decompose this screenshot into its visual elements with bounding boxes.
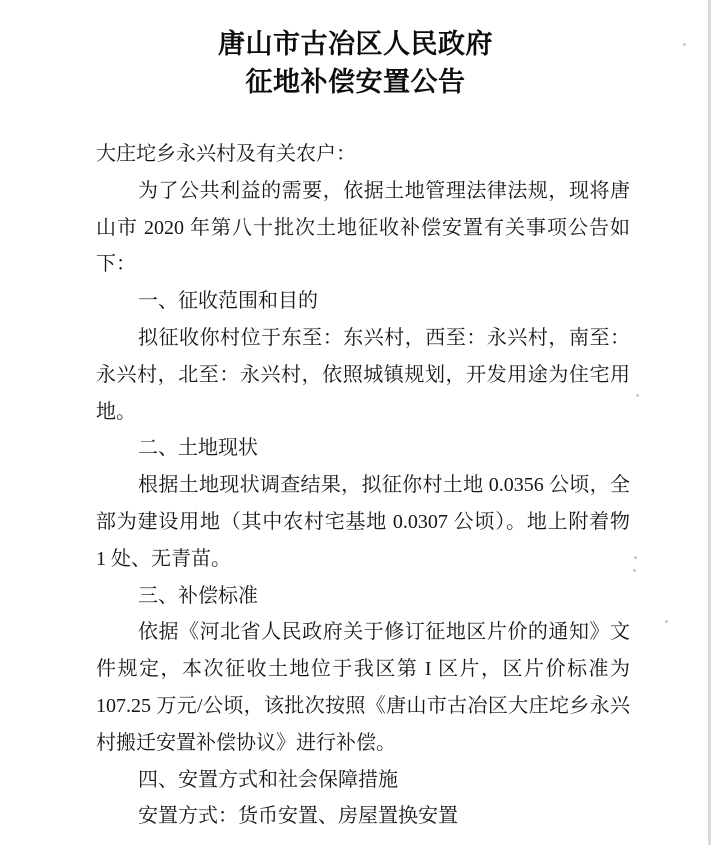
section-1-line-2: 永兴村，北至：永兴村，依照城镇规划，开发用途为住宅用 [96,357,630,394]
section-2-line-1: 根据土地现状调查结果，拟征你村土地 0.0356 公顷，全 [96,467,630,504]
section-2-heading: 二、土地现状 [96,430,630,467]
document-title: 唐山市古冶区人民政府 征地补偿安置公告 [0,25,711,101]
section-3-line-2: 件规定，本次征收土地位于我区第 I 区片，区片价标准为 [96,651,630,688]
section-3-line-3: 107.25 万元/公顷，该批次按照《唐山市古冶区大庄坨乡永兴 [96,688,630,725]
section-1-line-3: 地。 [96,394,630,431]
section-4-line-1: 安置方式：货币安置、房屋置换安置 [96,798,630,835]
document-title-line-2: 征地补偿安置公告 [0,63,711,101]
intro-paragraph-line-3: 下： [96,246,630,283]
section-1-line-1: 拟征收你村位于东至：东兴村，西至：永兴村，南至： [96,320,630,357]
intro-paragraph-line-1: 为了公共利益的需要，依据土地管理法律法规，现将唐 [96,173,630,210]
section-2-line-2: 部为建设用地（其中农村宅基地 0.0307 公顷）。地上附着物 [96,504,630,541]
section-3-line-1: 依据《河北省人民政府关于修订征地区片价的通知》文 [96,614,630,651]
scan-speckle [683,43,686,46]
intro-paragraph-line-2: 山市 2020 年第八十批次土地征收补偿安置有关事项公告如 [96,210,630,247]
scan-speckle [665,620,668,623]
salutation-line: 大庄坨乡永兴村及有关农户： [96,136,630,173]
document-title-line-1: 唐山市古冶区人民政府 [0,25,711,63]
section-3-heading: 三、补偿标准 [96,578,630,615]
section-1-heading: 一、征收范围和目的 [96,283,630,320]
scanned-document-page: 唐山市古冶区人民政府 征地补偿安置公告 大庄坨乡永兴村及有关农户： 为了公共利益… [0,0,711,845]
document-body: 大庄坨乡永兴村及有关农户： 为了公共利益的需要，依据土地管理法律法规，现将唐 山… [96,136,630,835]
section-4-heading: 四、安置方式和社会保障措施 [96,762,630,799]
scan-speckle [634,556,637,559]
scan-speckle [636,394,639,397]
section-2-line-3: 1 处、无青苗。 [96,541,630,578]
section-3-line-4: 村搬迁安置补偿协议》进行补偿。 [96,725,630,762]
scan-speckle [633,569,636,572]
